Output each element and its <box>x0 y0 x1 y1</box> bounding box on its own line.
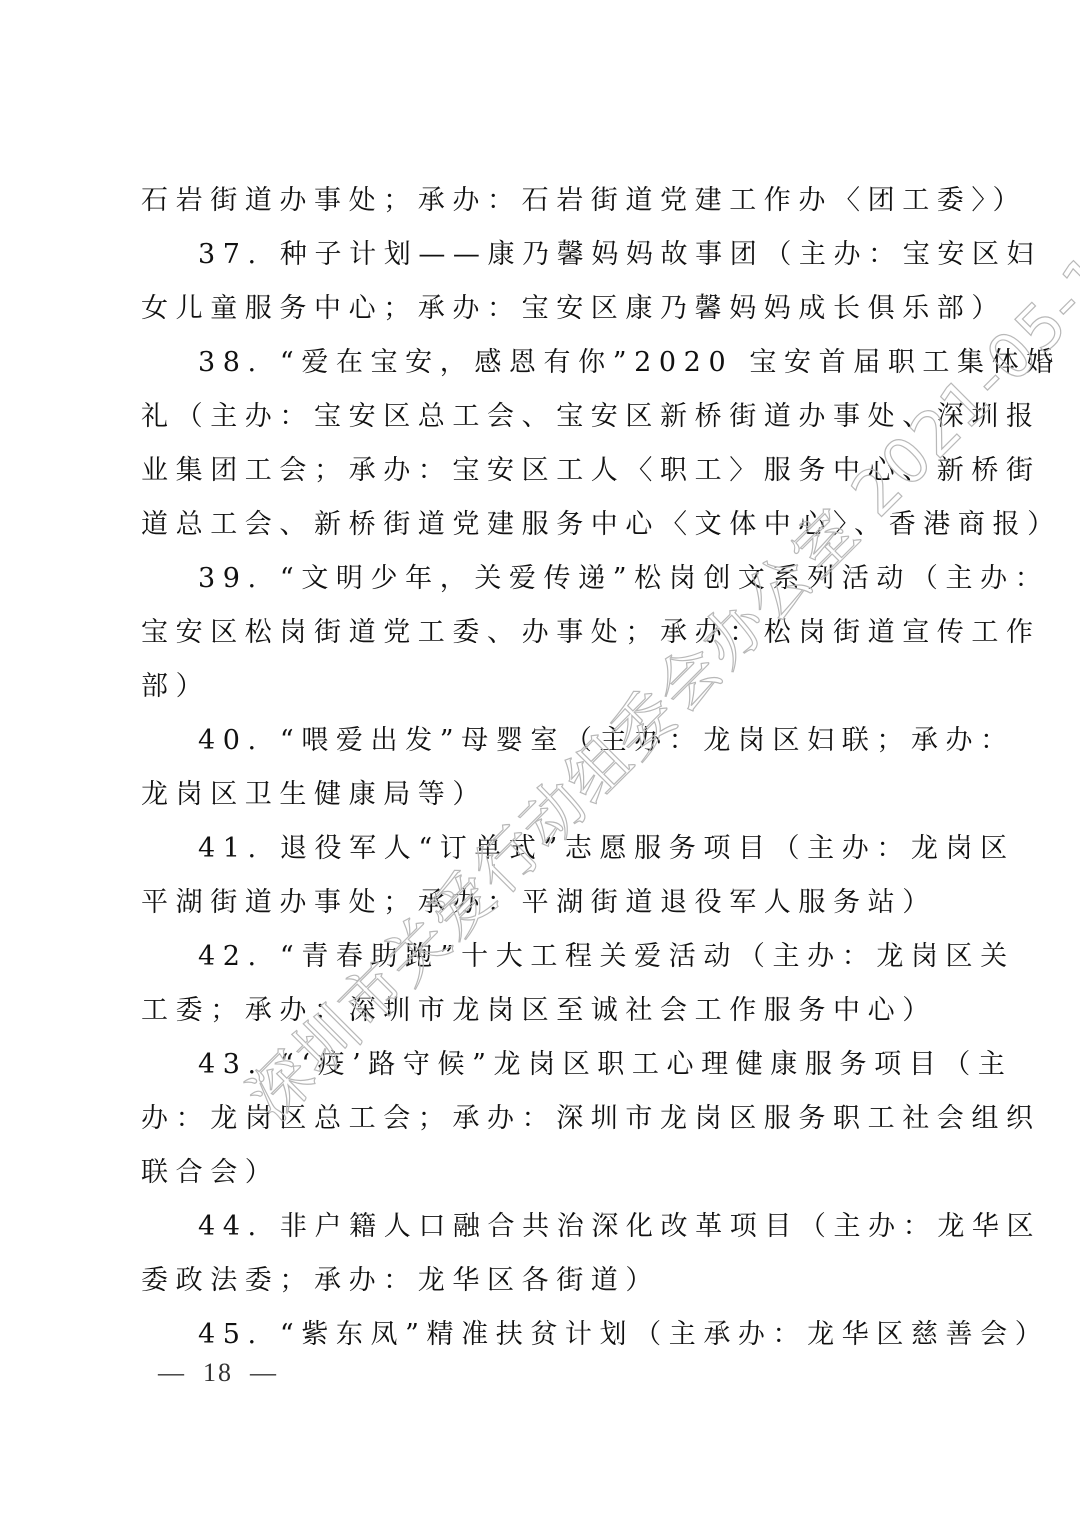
text-line: 宝安区松岗街道党工委、办事处；承办：松岗街道宣传工作 <box>141 606 941 660</box>
text-line: 石岩街道办事处；承办：石岩街道党建工作办〈团工委〉） <box>141 174 941 228</box>
text-line: 委政法委；承办：龙华区各街道） <box>141 1254 941 1308</box>
list-item-38: 38. “爱在宝安，感恩有你”2020 宝安首届职工集体婚 <box>141 336 998 390</box>
page-number: — 18 — <box>158 1358 278 1388</box>
text-line: 礼（主办：宝安区总工会、宝安区新桥街道办事处、深圳报 <box>141 390 941 444</box>
text-line: 龙岗区卫生健康局等） <box>141 768 941 822</box>
list-item-44: 44. 非户籍人口融合共治深化改革项目（主办：龙华区 <box>141 1200 998 1254</box>
list-item-42: 42. “青春助跑”十大工程关爱活动（主办：龙岗区关 <box>141 930 998 984</box>
text-line: 平湖街道办事处；承办：平湖街道退役军人服务站） <box>141 876 941 930</box>
text-line: 办：龙岗区总工会；承办：深圳市龙岗区服务职工社会组织 <box>141 1092 941 1146</box>
text-line: 业集团工会；承办：宝安区工人〈职工〉服务中心、新桥街 <box>141 444 941 498</box>
text-line: 女儿童服务中心；承办：宝安区康乃馨妈妈成长俱乐部） <box>141 282 941 336</box>
list-item-37: 37. 种子计划——康乃馨妈妈故事团（主办：宝安区妇 <box>141 228 998 282</box>
list-item-43: 43. “‘疫’路守候”龙岗区职工心理健康服务项目（主 <box>141 1038 998 1092</box>
list-item-40: 40. “喂爱出发”母婴室（主办：龙岗区妇联；承办： <box>141 714 998 768</box>
list-item-39: 39. “文明少年，关爱传递”松岗创文系列活动（主办： <box>141 552 998 606</box>
text-line: 工委；承办：深圳市龙岗区至诚社会工作服务中心） <box>141 984 941 1038</box>
text-line: 部） <box>141 660 941 714</box>
document-page: 石岩街道办事处；承办：石岩街道党建工作办〈团工委〉） 37. 种子计划——康乃馨… <box>0 0 1080 1527</box>
text-line: 联合会） <box>141 1146 941 1200</box>
list-item-45: 45. “紫东凤”精准扶贫计划（主承办：龙华区慈善会） <box>141 1308 998 1362</box>
text-line: 道总工会、新桥街道党建服务中心〈文体中心〉、香港商报） <box>141 498 941 552</box>
list-item-41: 41. 退役军人“订单式”志愿服务项目（主办：龙岗区 <box>141 822 998 876</box>
